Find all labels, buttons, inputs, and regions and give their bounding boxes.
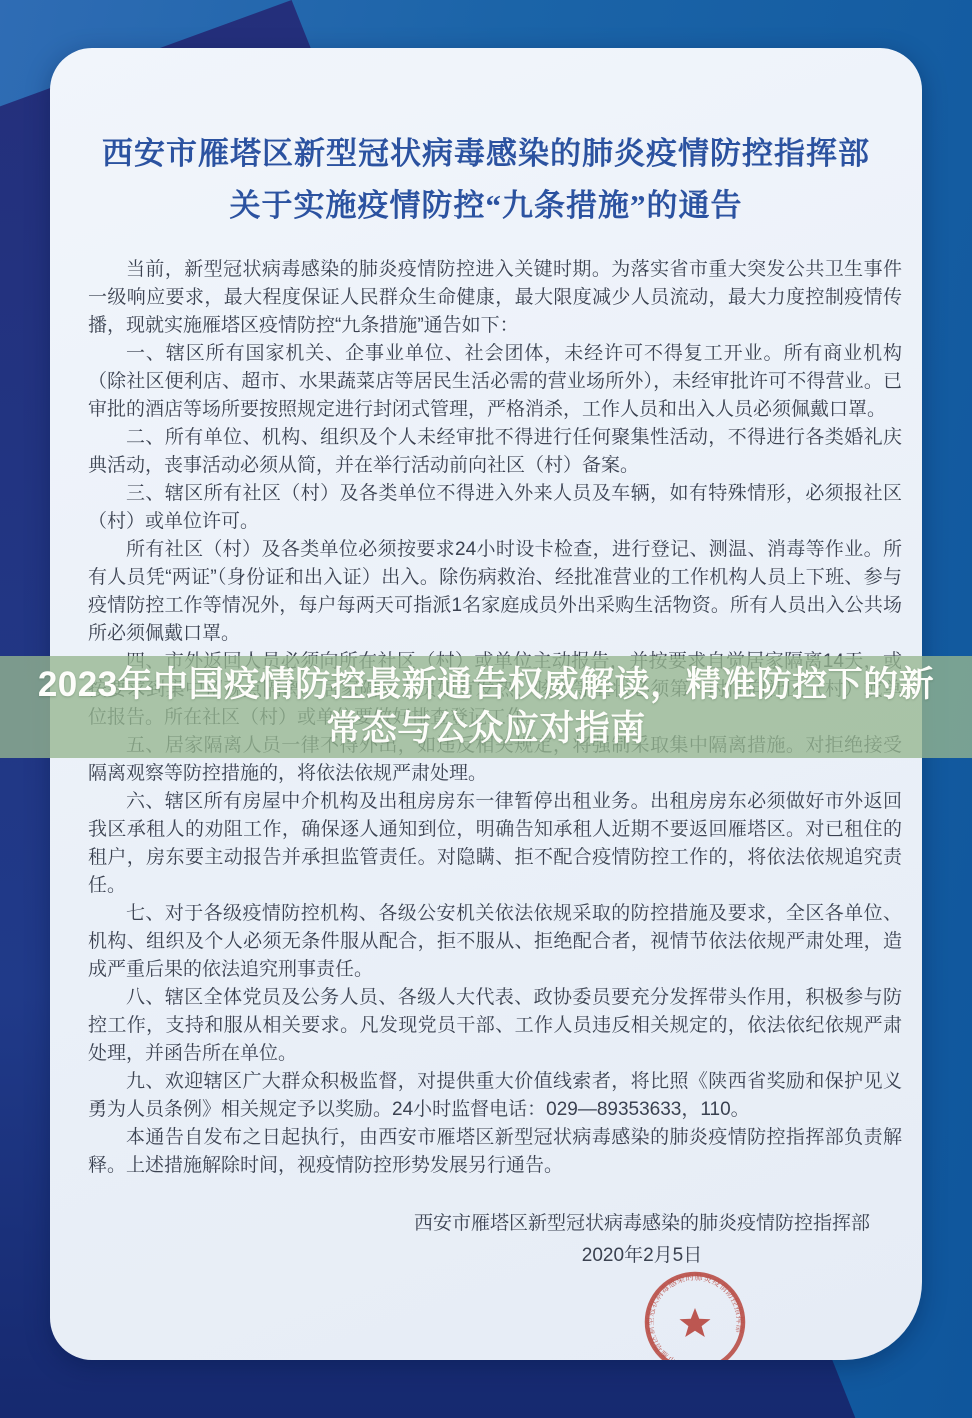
overlay-banner-line1: 2023年中国疫情防控最新通告权威解读，精准防控下的新	[38, 663, 934, 707]
red-official-seal: 西安市雁塔区新型冠状病毒感染的肺炎疫情防控指挥部	[640, 1267, 750, 1360]
paragraph-closing: 本通告自发布之日起执行，由西安市雁塔区新型冠状病毒感染的肺炎疫情防控指挥部负责解…	[88, 1124, 902, 1180]
notice-title: 西安市雁塔区新型冠状病毒感染的肺炎疫情防控指挥部 关于实施疫情防控“九条措施”的…	[80, 128, 892, 232]
notice-title-line1: 西安市雁塔区新型冠状病毒感染的肺炎疫情防控指挥部	[80, 128, 892, 180]
paragraph-item1: 一、辖区所有国家机关、企事业单位、社会团体，未经许可不得复工开业。所有商业机构（…	[88, 340, 902, 424]
paragraph-item8: 八、辖区全体党员及公务人员、各级人大代表、政协委员要充分发挥带头作用，积极参与防…	[88, 984, 902, 1068]
paragraph-item7: 七、对于各级疫情防控机构、各级公安机关依法依规采取的防控措施及要求，全区各单位、…	[88, 900, 902, 984]
overlay-banner: 2023年中国疫情防控最新通告权威解读，精准防控下的新 常态与公众应对指南	[0, 656, 972, 758]
overlay-banner-line2: 常态与公众应对指南	[326, 707, 646, 751]
paragraph-intro: 当前，新型冠状病毒感染的肺炎疫情防控进入关键时期。为落实省市重大突发公共卫生事件…	[88, 256, 902, 340]
signature-organization: 西安市雁塔区新型冠状病毒感染的肺炎疫情防控指挥部	[362, 1208, 922, 1240]
paragraph-item3-cont: 所有社区（村）及各类单位必须按要求24小时设卡检查，进行登记、测温、消毒等作业。…	[88, 536, 902, 648]
paragraph-item9: 九、欢迎辖区广大群众积极监督，对提供重大价值线索者，将比照《陕西省奖励和保护见义…	[88, 1068, 902, 1124]
paragraph-item3: 三、辖区所有社区（村）及各类单位不得进入外来人员及车辆，如有特殊情形，必须报社区…	[88, 480, 902, 536]
paragraph-item6: 六、辖区所有房屋中介机构及出租房房东一律暂停出租业务。出租房房东必须做好市外返回…	[88, 788, 902, 900]
signature-block: 西安市雁塔区新型冠状病毒感染的肺炎疫情防控指挥部 2020年2月5日	[50, 1208, 922, 1272]
seal-star-icon	[680, 1308, 711, 1337]
screenshot-root: 西安市雁塔区新型冠状病毒感染的肺炎疫情防控指挥部 关于实施疫情防控“九条措施”的…	[0, 0, 972, 1418]
notice-title-line2: 关于实施疫情防控“九条措施”的通告	[80, 180, 892, 232]
paragraph-item2: 二、所有单位、机构、组织及个人未经审批不得进行任何聚集性活动，不得进行各类婚礼庆…	[88, 424, 902, 480]
